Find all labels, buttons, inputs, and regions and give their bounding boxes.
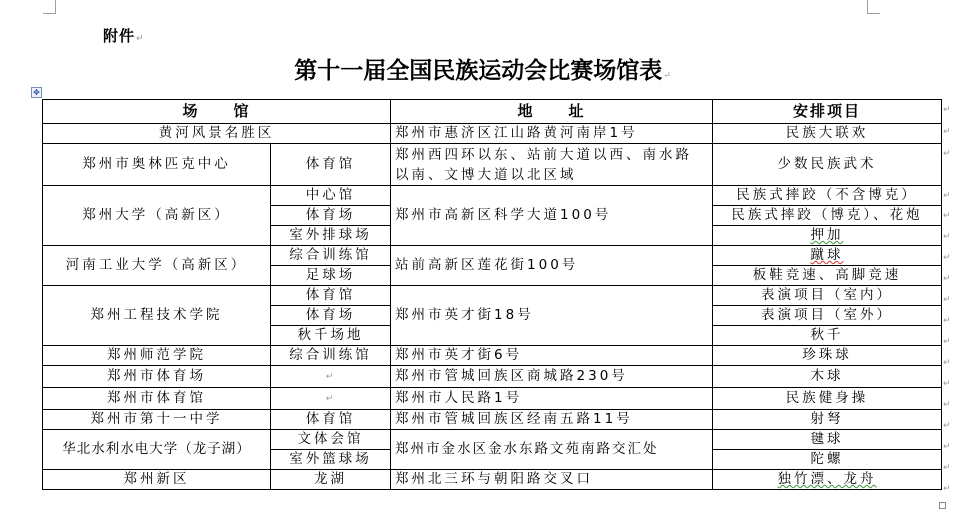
- document-title: 第十一届全国民族运动会比赛场馆表↵: [0, 52, 965, 85]
- venue-table: 场 馆 地 址 安排项目 黄河风景名胜区 郑州市惠济区江山路黄河南岸1号 民族大…: [42, 99, 942, 490]
- table-header-row: 场 馆 地 址 安排项目: [43, 100, 942, 124]
- page-corner-mark-top-right: [867, 0, 880, 14]
- table-row: 郑州工程技术学院 体育馆 郑州市英才街18号 表演项目（室内）: [43, 286, 942, 306]
- table-move-handle-icon[interactable]: ✥: [31, 87, 42, 98]
- table-row: 华北水利水电大学（龙子湖） 文体会馆 郑州市金水区金水东路文苑南路交汇处 毽球: [43, 430, 942, 450]
- venue-cell[interactable]: 郑州市第十一中学: [43, 410, 271, 430]
- table-row: 郑州市第十一中学 体育馆 郑州市管城回族区经南五路11号 射弩: [43, 410, 942, 430]
- table-row: 郑州市奥林匹克中心 体育馆 郑州西四环以东、站前大道以西、南水路以南、文博大道以…: [43, 144, 942, 186]
- event-cell[interactable]: 独竹漂、龙舟: [713, 470, 942, 490]
- end-of-row-mark-icon: ↵: [943, 149, 951, 159]
- end-of-row-mark-icon: ↵: [943, 442, 951, 452]
- paragraph-mark-icon: ↵: [326, 372, 337, 382]
- event-cell[interactable]: 押加: [713, 226, 942, 246]
- table-row: 郑州市体育馆 ↵ 郑州市人民路1号 民族健身操: [43, 388, 942, 410]
- header-events[interactable]: 安排项目: [713, 100, 942, 124]
- event-cell[interactable]: 木球: [713, 366, 942, 388]
- sub-venue-cell[interactable]: 体育场: [271, 306, 391, 326]
- sub-venue-cell[interactable]: 体育馆: [271, 410, 391, 430]
- event-cell[interactable]: 蹴球: [713, 246, 942, 266]
- sub-venue-cell[interactable]: 体育馆: [271, 286, 391, 306]
- venue-cell[interactable]: 郑州市体育馆: [43, 388, 271, 410]
- event-cell[interactable]: 射弩: [713, 410, 942, 430]
- venue-cell[interactable]: 黄河风景名胜区: [43, 124, 391, 144]
- address-cell[interactable]: 郑州市英才街6号: [391, 346, 713, 366]
- sub-venue-cell[interactable]: 体育馆: [271, 144, 391, 186]
- sub-venue-cell[interactable]: 中心馆: [271, 186, 391, 206]
- event-cell[interactable]: 毽球: [713, 430, 942, 450]
- event-text: 独竹漂、龙舟: [778, 471, 877, 487]
- venue-cell[interactable]: 郑州市体育场: [43, 366, 271, 388]
- paragraph-mark-icon: ↵: [326, 394, 337, 404]
- address-cell[interactable]: 站前高新区莲花街100号: [391, 246, 713, 286]
- venue-cell[interactable]: 郑州大学（高新区）: [43, 186, 271, 246]
- address-cell[interactable]: 郑州市人民路1号: [391, 388, 713, 410]
- sub-venue-cell[interactable]: 综合训练馆: [271, 246, 391, 266]
- sub-venue-cell[interactable]: 体育场: [271, 206, 391, 226]
- end-of-row-mark-icon: ↵: [943, 400, 951, 410]
- table-row: 郑州市体育场 ↵ 郑州市管城回族区商城路230号 木球: [43, 366, 942, 388]
- address-cell[interactable]: 郑州市管城回族区经南五路11号: [391, 410, 713, 430]
- venue-cell[interactable]: 郑州工程技术学院: [43, 286, 271, 346]
- sub-venue-cell[interactable]: 室外排球场: [271, 226, 391, 246]
- end-of-row-mark-icon: ↵: [943, 484, 951, 494]
- venue-cell[interactable]: 郑州师范学院: [43, 346, 271, 366]
- end-of-row-mark-icon: ↵: [943, 232, 951, 242]
- end-of-row-mark-icon: ↵: [943, 358, 951, 368]
- end-of-row-mark-icon: ↵: [943, 127, 951, 137]
- end-of-row-mark-icon: ↵: [943, 463, 951, 473]
- address-cell[interactable]: 郑州市金水区金水东路文苑南路交汇处: [391, 430, 713, 470]
- table-row: 郑州大学（高新区） 中心馆 郑州市高新区科学大道100号 民族式摔跤（不含博克）: [43, 186, 942, 206]
- event-cell[interactable]: 板鞋竞速、高脚竞速: [713, 266, 942, 286]
- address-cell[interactable]: 郑州市高新区科学大道100号: [391, 186, 713, 246]
- event-text: 蹴球: [811, 247, 844, 263]
- event-cell[interactable]: 民族大联欢: [713, 124, 942, 144]
- page-corner-mark-top-left: [43, 0, 56, 14]
- end-of-row-mark-icon: ↵: [943, 421, 951, 431]
- sub-venue-cell[interactable]: 室外篮球场: [271, 450, 391, 470]
- table-row: 河南工业大学（高新区） 综合训练馆 站前高新区莲花街100号 蹴球: [43, 246, 942, 266]
- event-cell[interactable]: 民族式摔跤（博克）、花炮: [713, 206, 942, 226]
- end-of-row-mark-icon: ↵: [943, 295, 951, 305]
- event-cell[interactable]: 民族式摔跤（不含博克）: [713, 186, 942, 206]
- event-cell[interactable]: 陀螺: [713, 450, 942, 470]
- address-cell[interactable]: 郑州市管城回族区商城路230号: [391, 366, 713, 388]
- header-venue[interactable]: 场 馆: [43, 100, 391, 124]
- address-cell[interactable]: 郑州市英才街18号: [391, 286, 713, 346]
- table-resize-handle-icon[interactable]: [939, 502, 946, 509]
- address-cell[interactable]: 郑州北三环与朝阳路交叉口: [391, 470, 713, 490]
- sub-venue-cell[interactable]: 足球场: [271, 266, 391, 286]
- event-text: 押加: [811, 227, 844, 243]
- paragraph-mark-icon: ↵: [136, 34, 145, 44]
- venue-cell[interactable]: 郑州市奥林匹克中心: [43, 144, 271, 186]
- event-cell[interactable]: 表演项目（室外）: [713, 306, 942, 326]
- sub-venue-cell[interactable]: 龙湖: [271, 470, 391, 490]
- address-cell[interactable]: 郑州市惠济区江山路黄河南岸1号: [391, 124, 713, 144]
- sub-venue-cell[interactable]: ↵: [271, 388, 391, 410]
- table-row: 郑州新区 龙湖 郑州北三环与朝阳路交叉口 独竹漂、龙舟: [43, 470, 942, 490]
- event-cell[interactable]: 秋千: [713, 326, 942, 346]
- end-of-row-mark-icon: ↵: [943, 253, 951, 263]
- sub-venue-cell[interactable]: 秋千场地: [271, 326, 391, 346]
- end-of-row-mark-icon: ↵: [943, 274, 951, 284]
- end-of-row-mark-icon: ↵: [943, 337, 951, 347]
- sub-venue-cell[interactable]: ↵: [271, 366, 391, 388]
- venue-cell[interactable]: 华北水利水电大学（龙子湖）: [43, 430, 271, 470]
- end-of-row-mark-icon: ↵: [943, 316, 951, 326]
- end-of-row-mark-icon: ↵: [943, 105, 951, 115]
- table-row: 郑州师范学院 综合训练馆 郑州市英才街6号 珍珠球: [43, 346, 942, 366]
- paragraph-mark-icon: ↵: [663, 71, 671, 81]
- end-of-row-mark-icon: ↵: [943, 211, 951, 221]
- address-cell[interactable]: 郑州西四环以东、站前大道以西、南水路以南、文博大道以北区域: [391, 144, 713, 186]
- end-of-row-mark-icon: ↵: [943, 191, 951, 201]
- attachment-label: 附件↵: [103, 25, 145, 46]
- table-row: 黄河风景名胜区 郑州市惠济区江山路黄河南岸1号 民族大联欢: [43, 124, 942, 144]
- event-cell[interactable]: 民族健身操: [713, 388, 942, 410]
- header-address[interactable]: 地 址: [391, 100, 713, 124]
- venue-cell[interactable]: 郑州新区: [43, 470, 271, 490]
- venue-cell[interactable]: 河南工业大学（高新区）: [43, 246, 271, 286]
- sub-venue-cell[interactable]: 综合训练馆: [271, 346, 391, 366]
- end-of-row-mark-icon: ↵: [943, 379, 951, 389]
- sub-venue-cell[interactable]: 文体会馆: [271, 430, 391, 450]
- event-cell[interactable]: 珍珠球: [713, 346, 942, 366]
- event-cell[interactable]: 表演项目（室内）: [713, 286, 942, 306]
- event-cell[interactable]: 少数民族武术: [713, 144, 942, 186]
